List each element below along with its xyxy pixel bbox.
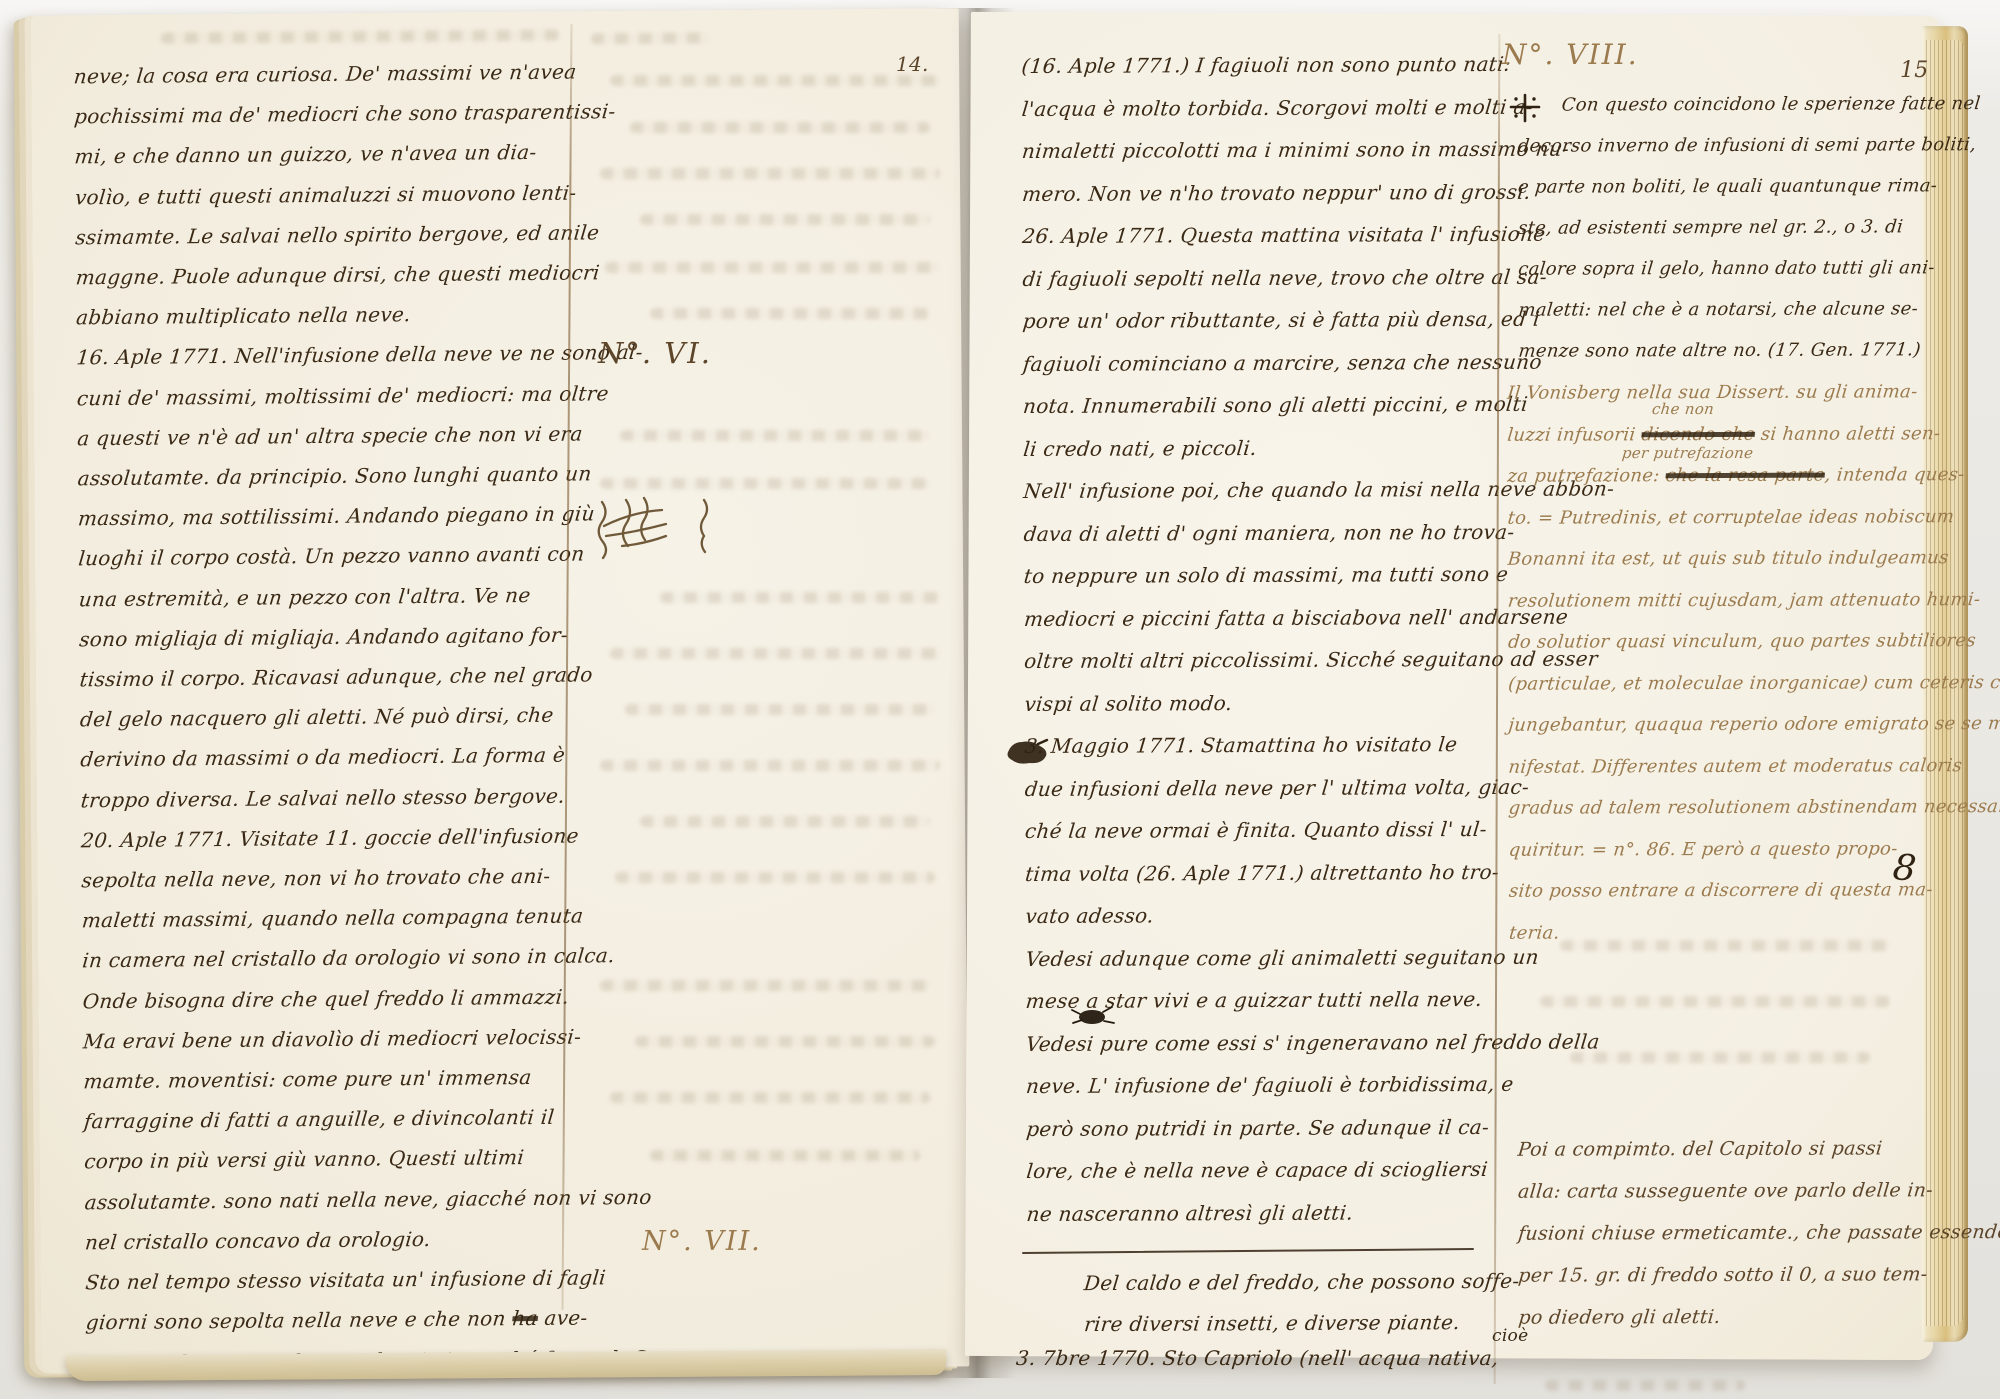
- manuscript-line: luoghi il corpo costà. Un pezzo vanno av…: [77, 534, 573, 579]
- manuscript-line: pore un' odor ributtante, si è fatta più…: [1021, 298, 1487, 343]
- manuscript-line: Ma eravi bene un diavolìo di mediocri ve…: [81, 1016, 577, 1061]
- manuscript-line: neve; la cosa era curiosa. De' massimi v…: [72, 52, 568, 97]
- manuscript-line: jungebantur, quaqua reperio odore emigra…: [1506, 703, 1940, 746]
- manuscript-line: l'acqua è molto torbida. Scorgovi molti …: [1020, 85, 1486, 130]
- interline-insert: per putrefazione: [1621, 444, 1754, 462]
- manuscript-line: sepolta nella neve, non vi ho trovato ch…: [80, 856, 576, 901]
- manuscript-line: in camera nel cristallo da orologio vi s…: [81, 936, 577, 981]
- manuscript-line: Il Vonisberg nella sua Dissert. su gli a…: [1505, 371, 1939, 414]
- manuscript-line: nifestat. Differentes autem et moderatus…: [1506, 745, 1940, 788]
- manuscript-line: di fagiuoli sepolti nella neve, trovo ch…: [1021, 255, 1487, 300]
- manuscript-line: (particulae, et moleculae inorganicae) c…: [1506, 662, 1940, 705]
- manuscript-line: fusioni chiuse ermeticamte., che passate…: [1516, 1211, 1940, 1254]
- right-page-column1-text: (16. Aple 1771.) I fagiuoli non sono pun…: [1019, 43, 1486, 1235]
- manuscript-line: giorni sono sepolta nella neve e che non…: [84, 1298, 580, 1343]
- right-page-column2-text-block1: Con questo coincidono le sperienze fatte…: [1516, 83, 1937, 371]
- interline-insert: che non: [1651, 400, 1715, 418]
- manuscript-line: fagiuoli cominciano a marcire, senza che…: [1021, 340, 1487, 385]
- manuscript-line: derivino da massimi o da mediocri. La fo…: [79, 735, 575, 780]
- manuscript-line: ste, ad esistenti sempre nel gr. 2., o 3…: [1516, 206, 1940, 248]
- manuscript-line: gradus ad talem resolutionem abstinendam…: [1507, 786, 1941, 829]
- left-page-text-column: neve; la cosa era curiosa. De' massimi v…: [72, 52, 577, 1383]
- manuscript-line: massimo, ma sottilissimi. Andando piegan…: [76, 494, 572, 539]
- manuscript-line: assolutamte. da principio. Sono lunghi q…: [76, 454, 572, 499]
- manuscript-line: una estremità, e un pezzo con l'altra. V…: [77, 574, 573, 619]
- manuscript-line: assolutamte. sono nati nella neve, giacc…: [83, 1177, 579, 1222]
- manuscript-line: 26. Aple 1771. Questa mattina visitata l…: [1020, 213, 1486, 258]
- manuscript-line: mamte. moventisi: come pure un' immensa: [82, 1057, 578, 1102]
- manuscript-line: cuni de' massimi, moltissimi de' mediocr…: [75, 373, 571, 418]
- left-page-number: 14.: [896, 52, 929, 76]
- manuscript-line: Del caldo e del freddo, che possono soff…: [1082, 1261, 1506, 1304]
- manuscript-line: (16. Aple 1771.) I fagiuoli non sono pun…: [1020, 43, 1486, 88]
- manuscript-line: nota. Innumerabili sono gli aletti picci…: [1021, 383, 1487, 428]
- manuscript-line: troppo diversa. Le salvai nello stesso b…: [79, 775, 575, 820]
- manuscript-line: Poi a compimto. del Capitolo si passi: [1516, 1127, 1940, 1170]
- manuscript-line: abbiano multiplicato nella neve.: [74, 293, 570, 338]
- manuscript-line: oltre molti altri piccolissimi. Sicché s…: [1022, 638, 1488, 683]
- manuscript-line: mi, e che danno un guizzo, ve n'avea un …: [73, 132, 569, 177]
- right-page-column2-footer-note: Poi a compimto. del Capitolo si passiall…: [1516, 1127, 1937, 1338]
- manuscript-line: sono migliaja di migliaja. Andando agita…: [77, 614, 573, 659]
- manuscript-line: Sto nel tempo stesso visitata un' infusi…: [84, 1258, 580, 1303]
- manuscript-line: per 15. gr. di freddo sotto il 0, a suo …: [1516, 1253, 1940, 1296]
- manuscript-line: ne nasceranno altresì gli aletti.: [1025, 1190, 1491, 1235]
- manuscript-line: po diedero gli aletti.: [1516, 1295, 1940, 1338]
- manuscript-line: maletti massimi, quando nella compagna t…: [80, 896, 576, 941]
- manuscript-line: to neppure un solo di massimi, ma tutti …: [1022, 553, 1488, 598]
- manuscript-line: maggne. Puole adunque dirsi, che questi …: [74, 253, 570, 298]
- manuscript-line: due infusioni della neve per l' ultima v…: [1023, 765, 1489, 810]
- manuscript-line: decorso inverno de infusioni di semi par…: [1516, 124, 1940, 166]
- manuscript-line: vispi al solito modo.: [1022, 680, 1488, 725]
- ink-blot: [1004, 736, 1050, 766]
- manuscript-line: vato adesso.: [1023, 893, 1489, 938]
- manuscript-line: maletti: nel che è a notarsi, che alcune…: [1516, 288, 1940, 330]
- manuscript-line: e parte non boliti, le quali quantunque …: [1516, 165, 1940, 207]
- manuscript-line: mediocri e piccini fatta a bisciabova ne…: [1022, 595, 1488, 640]
- ink-blot: [1070, 1002, 1118, 1030]
- manuscript-line: do solutior quasi vinculum, quo partes s…: [1506, 620, 1940, 663]
- manuscript-line: però sono putridi in parte. Se adunque i…: [1024, 1105, 1490, 1150]
- chapter-heading: Del caldo e del freddo, che possono soff…: [1082, 1261, 1502, 1345]
- manuscript-line: alla: carta susseguente ove parlo delle …: [1516, 1169, 1940, 1212]
- manuscript-line: dava di aletti d' ogni maniera, non ne h…: [1022, 510, 1488, 555]
- manuscript-line: del gelo nacquero gli aletti. Né può dir…: [78, 695, 574, 740]
- manuscript-line: Nell' infusione poi, che quando la misi …: [1021, 468, 1487, 513]
- manuscript-line: 3. 7bre 1770. Sto Capriolo (nell' acqua …: [1014, 1338, 1488, 1379]
- manuscript-line: 3. Maggio 1771. Stamattina ho visitato l…: [1023, 723, 1489, 768]
- manuscript-line: volìo, e tutti questi animaluzzi si muov…: [73, 172, 569, 217]
- manuscript-line: tissimo il corpo. Ricavasi adunque, che …: [78, 655, 574, 700]
- manuscript-line: ssimamte. Le salvai nello spirito bergov…: [74, 212, 570, 257]
- manuscript-line: pochissimi ma de' mediocri che sono tras…: [72, 92, 568, 137]
- manuscript-photo: neve; la cosa era curiosa. De' massimi v…: [0, 0, 2000, 1399]
- right-page-number: 15: [1900, 58, 1929, 83]
- margin-note-cioe: cioè: [1492, 1326, 1528, 1346]
- bleedthrough-ghost-line: [591, 32, 711, 44]
- marginal-figure-number: 8: [1891, 847, 1918, 890]
- manuscript-line: ché la neve ormai è finita. Quanto dissi…: [1023, 808, 1489, 853]
- manuscript-line: menze sono nate altre no. (17. Gen. 1771…: [1517, 329, 1941, 371]
- manuscript-line: farraggine di fatti a anguille, e divinc…: [82, 1097, 578, 1142]
- bottom-page-edges: [66, 1349, 946, 1381]
- manuscript-line: a questi ve n'è ad un' altra specie che …: [76, 413, 572, 458]
- manuscript-line: nimaletti piccolotti ma i minimi sono in…: [1020, 128, 1486, 173]
- section-label-no-vi: N°. VI.: [598, 336, 712, 370]
- manuscript-line: corpo in più versi giù vanno. Questi ult…: [82, 1137, 578, 1182]
- section-label-no-vii: N°. VII.: [642, 1226, 762, 1257]
- section-label-no-viii: N°. VIII.: [1502, 38, 1639, 71]
- manuscript-line: to. = Putredinis, et corruptelae ideas n…: [1506, 496, 1940, 539]
- manuscript-line: calore sopra il gelo, hanno dato tutti g…: [1516, 247, 1940, 289]
- manuscript-line: 16. Aple 1771. Nell'infusione della neve…: [75, 333, 571, 378]
- manuscript-line: mero. Non ve n'ho trovato neppur' uno di…: [1020, 170, 1486, 215]
- manuscript-line: quiritur. = n°. 86. E però a questo prop…: [1507, 828, 1941, 871]
- bleedthrough-ghost-line: [161, 30, 561, 44]
- manuscript-line: Onde bisogna dire che quel freddo li amm…: [81, 976, 577, 1021]
- worm-sketch: [592, 490, 732, 570]
- manuscript-line: sito posso entrare a discorrere di quest…: [1507, 869, 1941, 912]
- manuscript-line: lore, che è nella neve è capace di sciog…: [1024, 1148, 1490, 1193]
- manuscript-line: tima volta (26. Aple 1771.) altrettanto …: [1023, 850, 1489, 895]
- manuscript-line: resolutionem mitti cujusdam, jam attenua…: [1506, 579, 1940, 622]
- manuscript-line: li credo nati, e piccoli.: [1021, 425, 1487, 470]
- manuscript-line: Con questo coincidono le sperienze fatte…: [1516, 83, 1940, 125]
- manuscript-line: nel cristallo concavo da orologio.: [83, 1217, 579, 1262]
- manuscript-line: Vedesi adunque come gli animaletti segui…: [1023, 935, 1489, 980]
- manuscript-line: Bonanni ita est, ut quis sub titulo indu…: [1506, 537, 1940, 580]
- right-page-column1-entry: 3. 7bre 1770. Sto Capriolo (nell' acqua …: [1014, 1338, 1484, 1379]
- manuscript-line: neve. L' infusione de' fagiuoli è torbid…: [1024, 1063, 1490, 1108]
- manuscript-line: 20. Aple 1771. Visitate 11. goccie dell'…: [79, 815, 575, 860]
